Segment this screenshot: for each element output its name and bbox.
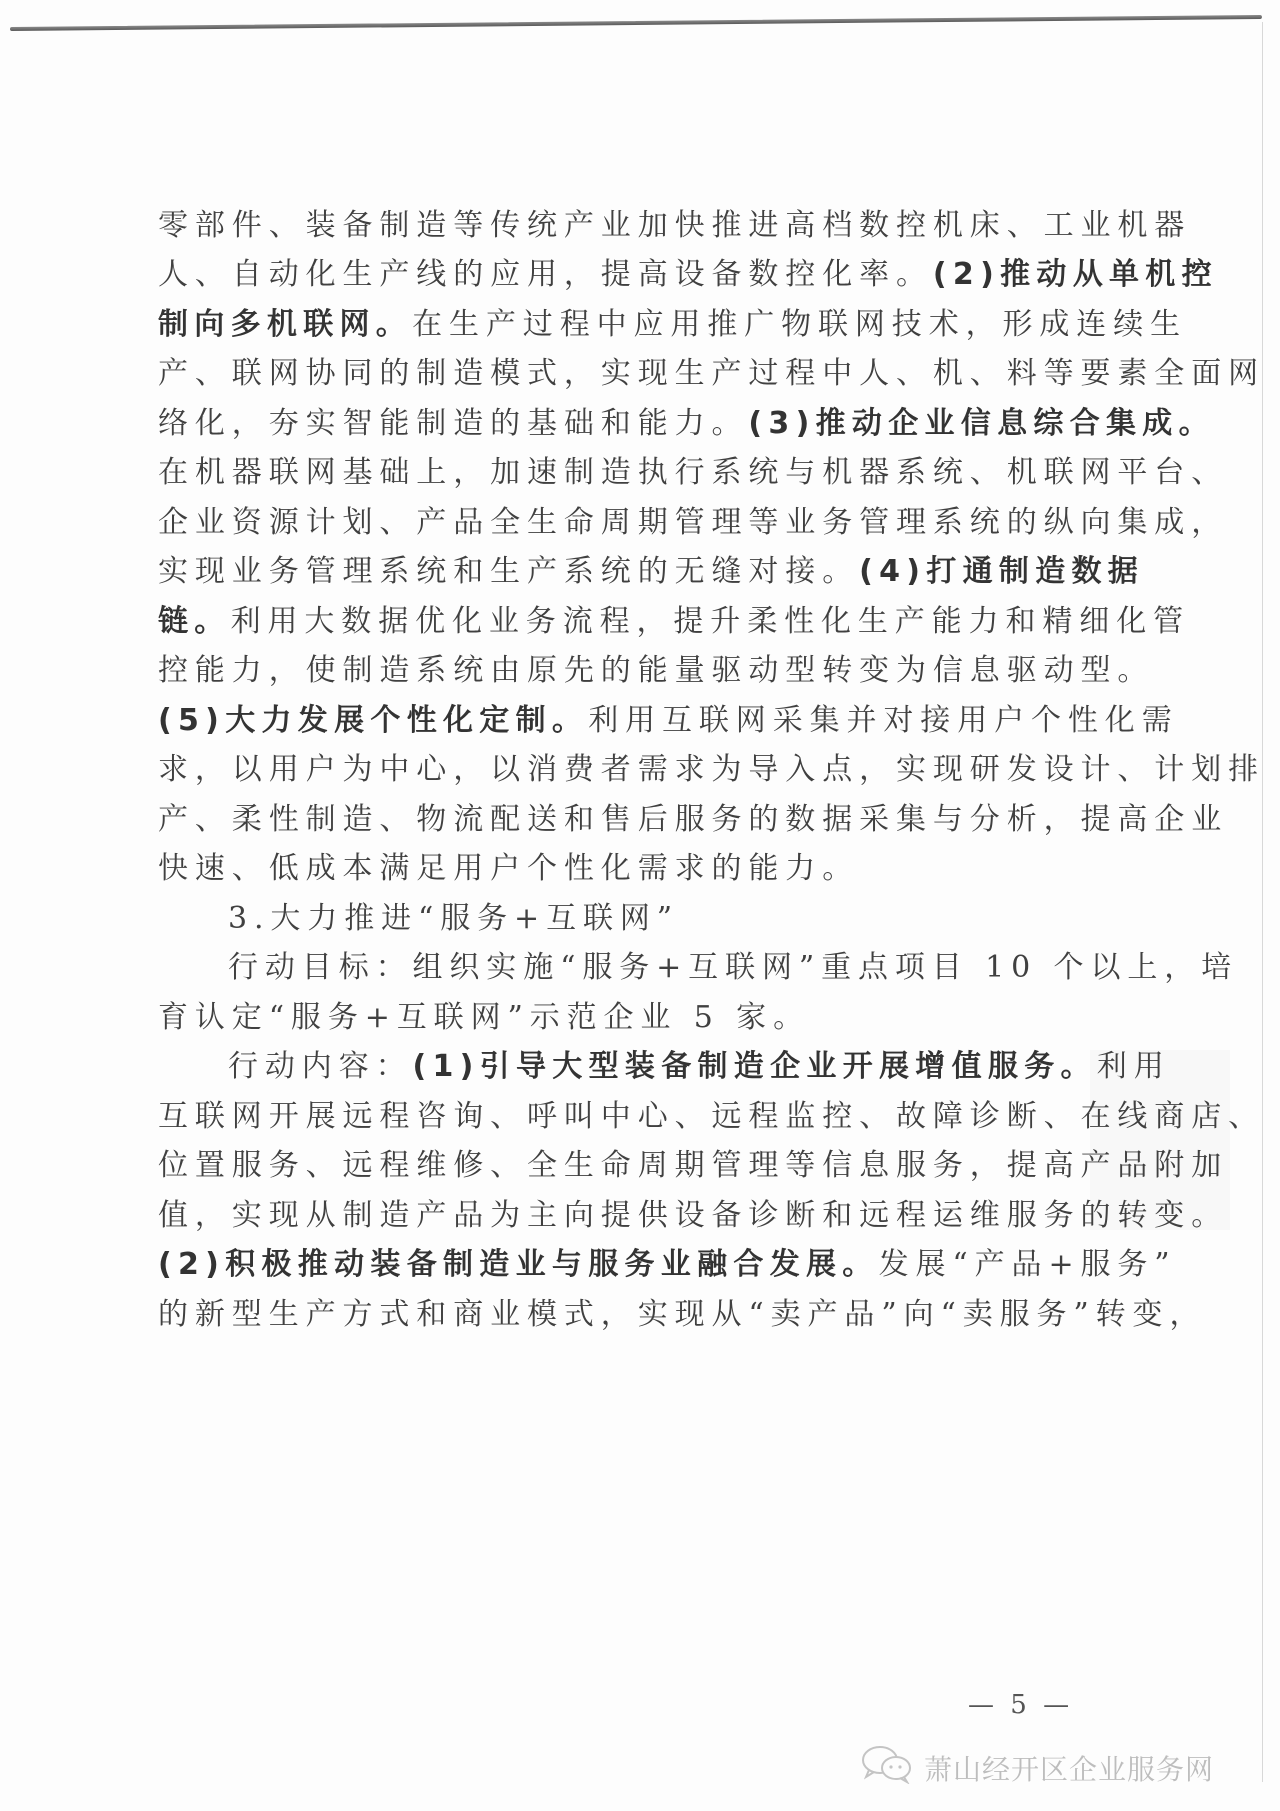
text-segment: 育认定“服务+互联网”示范企业 5 家。	[158, 1000, 810, 1035]
text-line: 人、自动化生产线的应用，提高设备数控化率。(2)推动从单机控	[158, 255, 1108, 295]
text-segment: 产、柔性制造、物流配送和售后服务的数据采集与分析，提高企业	[158, 802, 1228, 837]
text-segment: 行动内容：	[228, 1049, 413, 1084]
text-segment: 利用互联网采集并对接用户个性化需	[588, 703, 1178, 738]
text-line: 产、联网协同的制造模式，实现生产过程中人、机、料等要素全面网	[158, 354, 1108, 394]
text-segment: 零部件、装备制造等传统产业加快推进高档数控机床、工业机器	[158, 208, 1191, 243]
text-line: 链。利用大数据优化业务流程，提升柔性化生产能力和精细化管	[158, 602, 1108, 642]
text-line: 制向多机联网。在生产过程中应用推广物联网技术，形成连续生	[158, 305, 1108, 345]
text-segment: 位置服务、远程维修、全生命周期管理等信息服务，提高产品附加	[158, 1148, 1228, 1183]
bold-heading-segment: (3)推动企业信息综合集成。	[748, 406, 1215, 441]
scanned-page-right-edge	[1262, 22, 1263, 1782]
text-line: 互联网开展远程咨询、呼叫中心、远程监控、故障诊断、在线商店、	[158, 1097, 1108, 1137]
text-segment: 利用	[1097, 1049, 1171, 1084]
scanned-page-top-edge	[10, 15, 1262, 31]
text-line: 在机器联网基础上，加速制造执行系统与机器系统、机联网平台、	[158, 453, 1108, 493]
text-line: 3.大力推进“服务+互联网”	[228, 899, 1108, 939]
text-line: 育认定“服务+互联网”示范企业 5 家。	[158, 998, 1108, 1038]
text-line: 零部件、装备制造等传统产业加快推进高档数控机床、工业机器	[158, 206, 1108, 246]
text-line: 快速、低成本满足用户个性化需求的能力。	[158, 849, 1108, 889]
bold-heading-segment: (2)积极推动装备制造业与服务业融合发展。	[158, 1247, 879, 1282]
text-segment: 值，实现从制造产品为主向提供设备诊断和远程运维服务的转变。	[158, 1198, 1228, 1233]
wechat-icon	[860, 1744, 916, 1791]
text-segment: 发展“产品+服务”	[879, 1247, 1177, 1282]
text-line: 企业资源计划、产品全生命周期管理等业务管理系统的纵向集成，	[158, 503, 1108, 543]
text-segment: 利用大数据优化业务流程，提升柔性化生产能力和精细化管	[231, 604, 1190, 639]
bold-heading-segment: 链。	[158, 604, 231, 639]
text-line: 络化，夯实智能制造的基础和能力。(3)推动企业信息综合集成。	[158, 404, 1108, 444]
text-segment: 在生产过程中应用推广物联网技术，形成连续生	[412, 307, 1187, 342]
text-line: 位置服务、远程维修、全生命周期管理等信息服务，提高产品附加	[158, 1146, 1108, 1186]
text-segment: 3.大力推进“服务+互联网”	[228, 901, 679, 936]
text-line: 的新型生产方式和商业模式，实现从“卖产品”向“卖服务”转变，	[158, 1295, 1108, 1335]
bold-heading-segment: (1)引导大型装备制造企业开展增值服务。	[413, 1049, 1097, 1084]
text-segment: 控能力，使制造系统由原先的能量驱动型转变为信息驱动型。	[158, 653, 1154, 688]
text-segment: 产、联网协同的制造模式，实现生产过程中人、机、料等要素全面网	[158, 356, 1265, 391]
text-segment: 在机器联网基础上，加速制造执行系统与机器系统、机联网平台、	[158, 455, 1228, 490]
text-line: (5)大力发展个性化定制。利用互联网采集并对接用户个性化需	[158, 701, 1108, 741]
text-line: 行动内容：(1)引导大型装备制造企业开展增值服务。利用	[228, 1047, 1108, 1087]
text-line: 行动目标：组织实施“服务+互联网”重点项目 10 个以上，培	[228, 948, 1108, 988]
text-segment: 人、自动化生产线的应用，提高设备数控化率。	[158, 257, 933, 292]
bold-heading-segment: (2)推动从单机控	[933, 257, 1218, 292]
text-segment: 快速、低成本满足用户个性化需求的能力。	[158, 851, 859, 886]
text-line: 值，实现从制造产品为主向提供设备诊断和远程运维服务的转变。	[158, 1196, 1108, 1236]
text-line: (2)积极推动装备制造业与服务业融合发展。发展“产品+服务”	[158, 1245, 1108, 1285]
bold-heading-segment: 制向多机联网。	[158, 307, 412, 342]
text-segment: 行动目标：组织实施“服务+互联网”重点项目 10 个以上，培	[228, 950, 1238, 985]
text-line: 求，以用户为中心，以消费者需求为导入点，实现研发设计、计划排	[158, 750, 1108, 790]
page-number: — 5 —	[968, 1690, 1073, 1720]
bold-heading-segment: (5)大力发展个性化定制。	[158, 703, 588, 738]
text-segment: 互联网开展远程咨询、呼叫中心、远程监控、故障诊断、在线商店、	[158, 1099, 1265, 1134]
text-segment: 求，以用户为中心，以消费者需求为导入点，实现研发设计、计划排	[158, 752, 1265, 787]
text-segment: 的新型生产方式和商业模式，实现从“卖产品”向“卖服务”转变，	[158, 1297, 1206, 1332]
text-segment: 络化，夯实智能制造的基础和能力。	[158, 406, 748, 441]
text-segment: 企业资源计划、产品全生命周期管理等业务管理系统的纵向集成，	[158, 505, 1228, 540]
watermark-text: 萧山经开区企业服务网	[924, 1748, 1214, 1788]
text-line: 产、柔性制造、物流配送和售后服务的数据采集与分析，提高企业	[158, 800, 1108, 840]
bold-heading-segment: (4)打通制造数据	[859, 554, 1144, 589]
text-segment: 实现业务管理系统和生产系统的无缝对接。	[158, 554, 859, 589]
watermark: 萧山经开区企业服务网	[860, 1744, 1214, 1791]
text-line: 控能力，使制造系统由原先的能量驱动型转变为信息驱动型。	[158, 651, 1108, 691]
text-line: 实现业务管理系统和生产系统的无缝对接。(4)打通制造数据	[158, 552, 1108, 592]
